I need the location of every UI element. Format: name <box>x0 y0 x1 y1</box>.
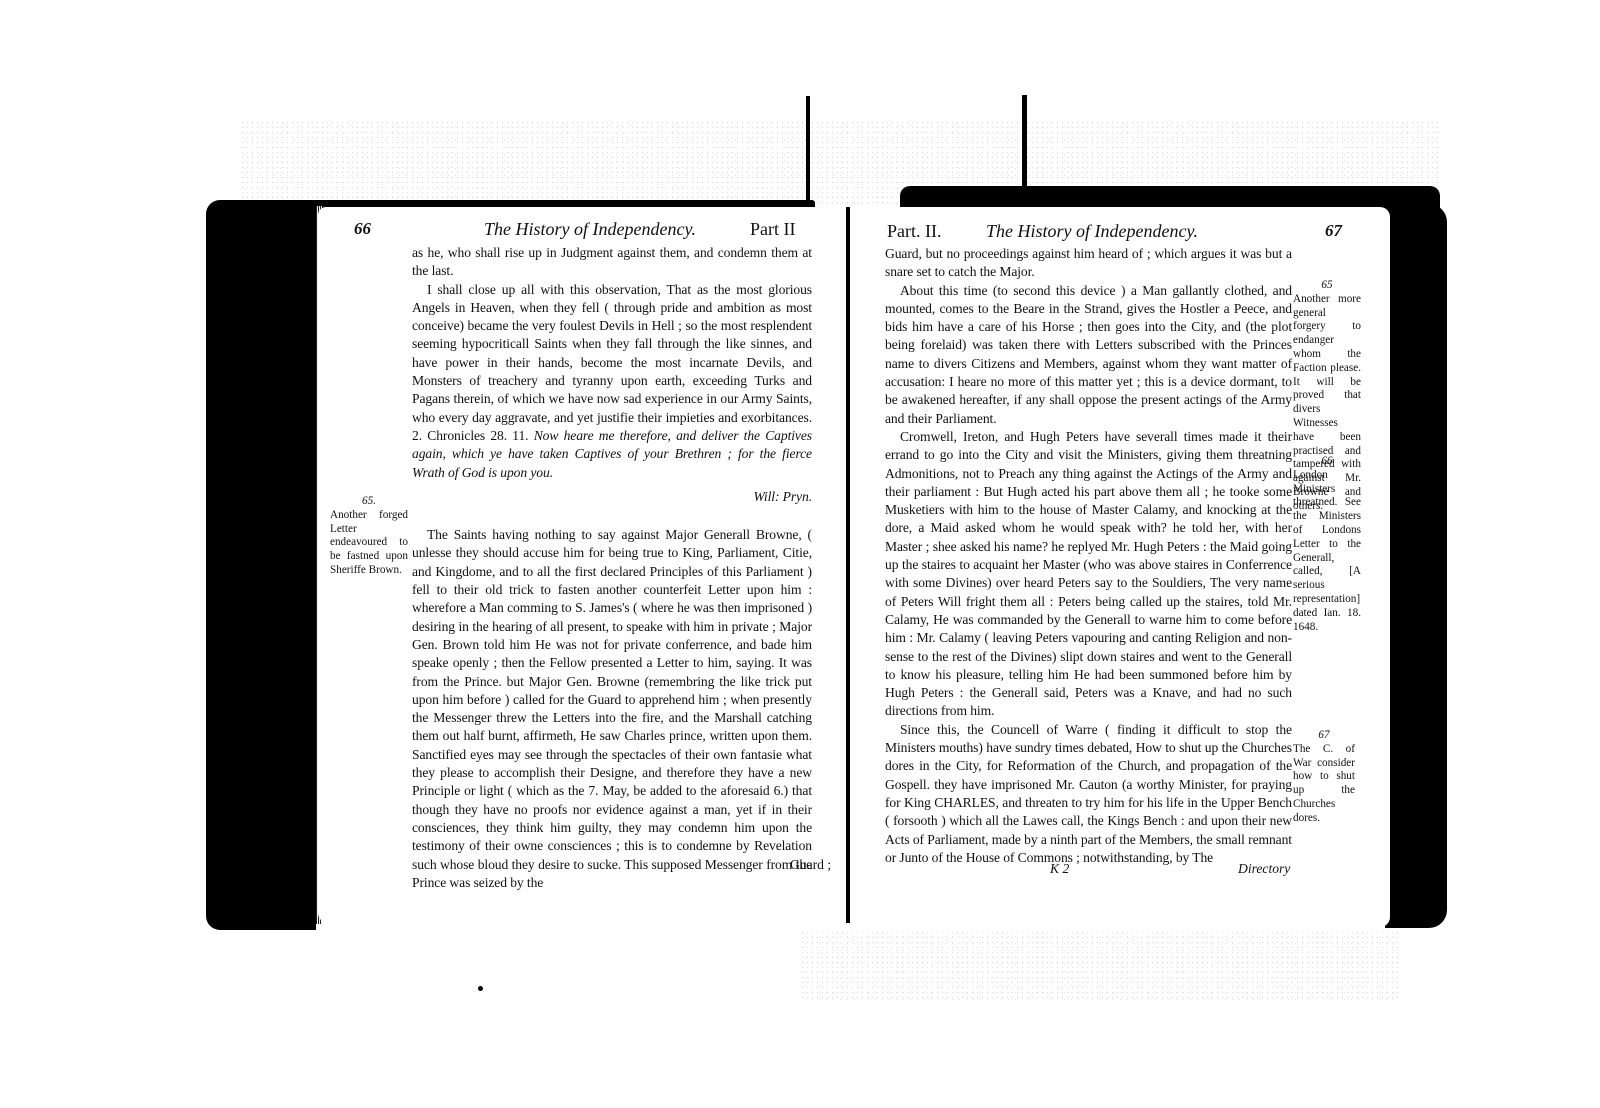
page-number: 66 <box>354 219 371 239</box>
left-page: 66 The History of Independency. Part II … <box>318 207 845 923</box>
left-text-block: as he, who shall rise up in Judgment aga… <box>412 244 812 892</box>
margin-note: 65. Another forged Letter endeavoured to… <box>330 495 408 578</box>
paragraph: Cromwell, Ireton, and Hugh Peters have s… <box>885 428 1292 721</box>
signature: Will: Pryn. <box>412 488 812 506</box>
scan-speck <box>478 986 483 991</box>
margin-note: 67 The C. of War consider how to shut up… <box>1293 729 1355 826</box>
right-text-block: Guard, but no proceedings against him he… <box>885 245 1292 867</box>
running-title: The History of Independency. <box>986 221 1198 242</box>
book-cover-left <box>206 200 316 930</box>
catchword: Directory <box>1238 861 1290 877</box>
scan-noise-bottom <box>800 930 1400 1000</box>
paragraph: The Saints having nothing to say against… <box>412 526 812 892</box>
paragraph: as he, who shall rise up in Judgment aga… <box>412 244 812 281</box>
paragraph: Guard, but no proceedings against him he… <box>885 245 1292 282</box>
running-title: The History of Independency. <box>484 219 696 240</box>
book-cover-right <box>1385 204 1447 928</box>
paragraph: I shall close up all with this observati… <box>412 281 812 482</box>
part-label: Part. II. <box>887 221 941 242</box>
catchword: Guard ; <box>790 857 831 873</box>
page-number: 67 <box>1325 221 1342 241</box>
paragraph: About this time (to second this device )… <box>885 282 1292 428</box>
part-label: Part II <box>750 219 795 240</box>
margin-note: 66 London Ministers threatned. See the M… <box>1293 455 1361 634</box>
paragraph: Since this, the Councell of Warre ( find… <box>885 721 1292 867</box>
right-page: Part. II. The History of Independency. 6… <box>850 207 1390 927</box>
signature-mark: K 2 <box>1050 861 1069 877</box>
